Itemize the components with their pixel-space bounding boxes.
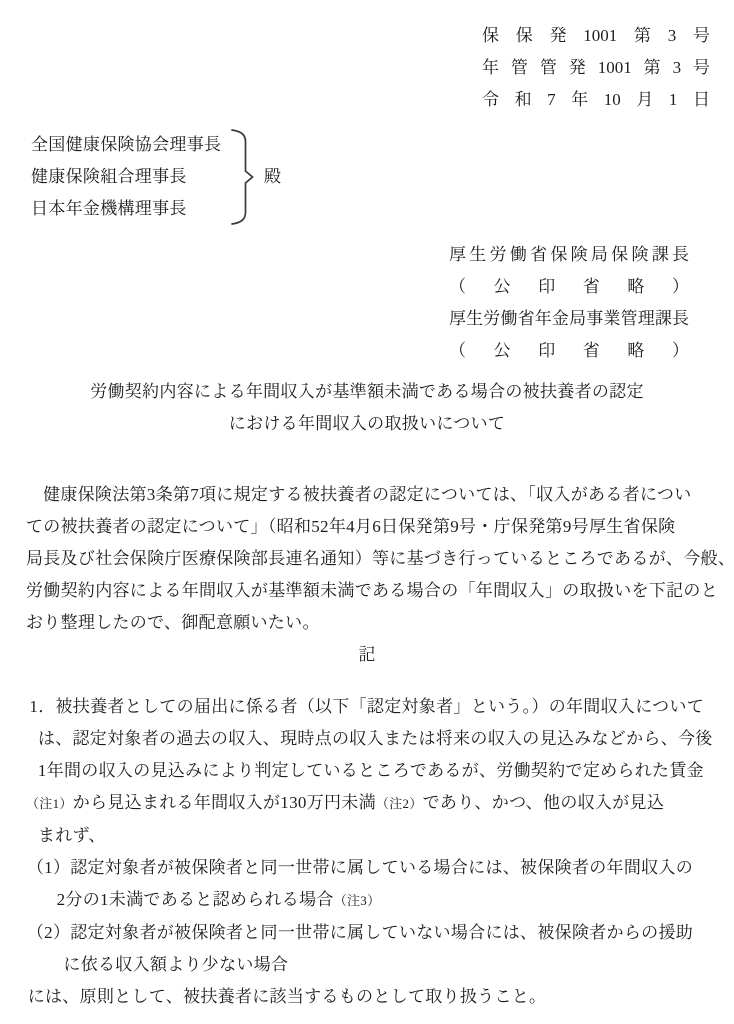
text-segment: （2）認定対象者が被保険者と同一世帯に属していない場合には、被保険者からの援助 <box>27 923 693 942</box>
note-reference: （注1） <box>26 796 73 811</box>
sender-title: 厚生労働省保険局保険課長 <box>449 239 689 271</box>
body-line: 労働契約内容による年間収入が基準額未満である場合の「年間収入」の取扱いを下記のと <box>26 575 708 607</box>
item-subitem-2-line: に依る収入額より少ない場合 <box>26 949 708 981</box>
sender-block: 厚生労働省保険局保険課長 （公印省略） 厚生労働省年金局事業管理課長 （公印省略… <box>449 239 689 367</box>
addressee-name: 日本年金機構理事長 <box>31 193 223 225</box>
sender-title: 厚生労働省年金局事業管理課長 <box>449 303 689 335</box>
text-segment: 2分の1未満であると認められる場合 <box>57 890 334 909</box>
doc-number-line: 年管管発1001第3号 <box>482 52 710 84</box>
item-subitem-1-line: 2分の1未満であると認められる場合（注3） <box>26 884 708 917</box>
seal-omitted-note: （公印省略） <box>449 335 689 367</box>
item-1-block: 1．被扶養者としての届出に係る者（以下「認定対象者」という。）の年間収入について… <box>26 691 708 1013</box>
item-line: は、認定対象者の過去の収入、現時点の収入または将来の収入の見込みなどから、今後 <box>26 723 708 755</box>
document-page: 保保発1001第3号 年管管発1001第3号 令和7年10月1日 全国健康保険協… <box>0 0 734 1024</box>
body-line: 健康保険法第3条第7項に規定する被扶養者の認定については、「収入がある者につい <box>26 479 708 511</box>
doc-number-line: 保保発1001第3号 <box>482 20 710 52</box>
seal-omitted-note: （公印省略） <box>449 271 689 303</box>
text-segment: には、原則として、被扶養者に該当するものとして取り扱うこと。 <box>28 987 547 1006</box>
item-line: まれず、 <box>26 820 708 852</box>
note-reference: （注3） <box>334 893 381 908</box>
doc-number-block: 保保発1001第3号 年管管発1001第3号 令和7年10月1日 <box>482 20 710 116</box>
item-subitem-2-line: （2）認定対象者が被保険者と同一世帯に属していない場合には、被保険者からの援助 <box>26 917 708 949</box>
addressee-name: 健康保険組合理事長 <box>31 161 223 193</box>
addressee-block: 全国健康保険協会理事長 健康保険組合理事長 日本年金機構理事長 殿 <box>31 127 708 227</box>
text-segment: は、認定対象者の過去の収入、現時点の収入または将来の収入の見込みなどから、今後 <box>38 729 713 748</box>
document-title-line: 労働契約内容による年間収入が基準額未満である場合の被扶養者の認定 <box>26 376 708 408</box>
text-segment: （1）認定対象者が被保険者と同一世帯に属している場合には、被保険者の年間収入の <box>27 858 693 877</box>
body-line: おり整理したので、御配意願いたい。 <box>26 607 708 639</box>
document-title-line: における年間収入の取扱いについて <box>26 408 708 440</box>
body-line: ての被扶養者の認定について」（昭和52年4月6日保発第9号・庁保発第9号厚生省保… <box>26 511 708 543</box>
item-line: 1年間の収入の見込みにより判定しているところであるが、労働契約で定められた賃金 <box>26 755 708 787</box>
text-segment: から見込まれる年間収入が130万円未満 <box>73 793 376 812</box>
document-title: 労働契約内容による年間収入が基準額未満である場合の被扶養者の認定 における年間収… <box>26 376 708 440</box>
ki-marker: 記 <box>26 639 708 671</box>
body-line: 局長及び社会保険庁医療保険部長連名通知）等に基づき行っているところであるが、今般… <box>26 543 708 575</box>
honorific-dono: 殿 <box>264 161 281 193</box>
item-line: （注1）から見込まれる年間収入が130万円未満（注2）であり、かつ、他の収入が見… <box>26 787 708 820</box>
brace-icon <box>229 127 255 227</box>
text-segment: であり、かつ、他の収入が見込 <box>423 793 665 812</box>
doc-date-line: 令和7年10月1日 <box>482 84 710 116</box>
text-segment: 1．被扶養者としての届出に係る者（以下「認定対象者」という。）の年間収入について <box>29 697 704 716</box>
addressee-name: 全国健康保険協会理事長 <box>31 129 223 161</box>
item-line: には、原則として、被扶養者に該当するものとして取り扱うこと。 <box>26 981 708 1013</box>
text-segment: に依る収入額より少ない場合 <box>63 955 288 974</box>
item-line: 1．被扶養者としての届出に係る者（以下「認定対象者」という。）の年間収入について <box>26 691 708 723</box>
note-reference: （注2） <box>376 796 423 811</box>
text-segment: まれず、 <box>38 826 106 845</box>
addressee-names: 全国健康保険協会理事長 健康保険組合理事長 日本年金機構理事長 <box>31 129 223 225</box>
item-subitem-1-line: （1）認定対象者が被保険者と同一世帯に属している場合には、被保険者の年間収入の <box>26 852 708 884</box>
text-segment: 1年間の収入の見込みにより判定しているところであるが、労働契約で定められた賃金 <box>38 761 704 780</box>
body-paragraph: 健康保険法第3条第7項に規定する被扶養者の認定については、「収入がある者につい … <box>26 479 708 639</box>
